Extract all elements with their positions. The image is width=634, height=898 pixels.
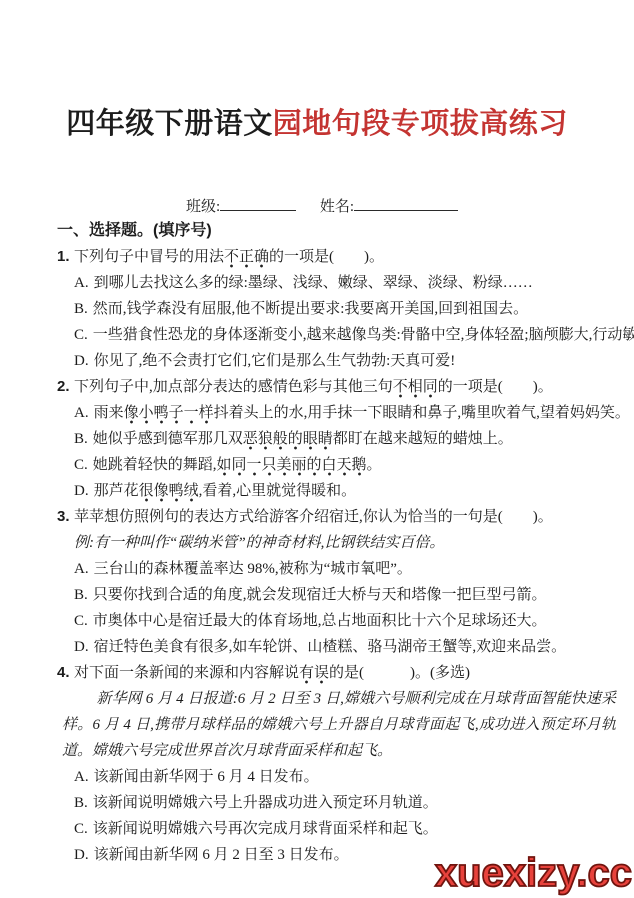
- option-text: 市奥体中心是宿迁最大的体育场地,总占地面积比十六个足球场还大。: [93, 613, 547, 629]
- page-title-black: 四年级下册语文: [66, 108, 273, 140]
- question-1-stem: 1.下列句子中冒号的用法不正确的一项是()。: [74, 244, 616, 270]
- question-1-option-b: B.然而,钱学森没有屈服,他不断提出要求:我要离开美国,回到祖国去。: [74, 296, 616, 322]
- question-3: 3.苹苹想仿照例句的表达方式给游客介绍宿迁,你认为恰当的一句是()。 例:有一种…: [57, 504, 616, 660]
- question-2: 2.下列句子中,加点部分表达的感情色彩与其他三句不相同的一项是()。 A.雨来像…: [57, 374, 616, 504]
- name-blank-line: [354, 196, 458, 211]
- option-label: B.: [74, 587, 88, 603]
- question-3-stem-text: 苹苹想仿照例句的表达方式给游客介绍宿迁,你认为恰当的一句是(: [74, 509, 503, 525]
- question-1-number: 1.: [57, 244, 74, 270]
- worksheet-body: 一、选择题。(填序号) 1.下列句子中冒号的用法不正确的一项是()。 A.到哪儿…: [57, 218, 616, 868]
- question-4-option-a: A.该新闻由新华网于 6 月 4 日发布。: [74, 764, 616, 790]
- option-emphasis: 如同一只美丽的白天鹅: [217, 457, 367, 476]
- student-info-line: 班级: 姓名:: [186, 195, 478, 216]
- option-label: C.: [74, 327, 88, 343]
- name-label: 姓名:: [320, 199, 354, 215]
- question-4-stem-text: 对下面一条新闻的来源和内容解说: [74, 665, 299, 681]
- question-3-example: 例:有一种叫作“碳纳米管”的神奇材料,比钢铁结实百倍。: [74, 530, 616, 556]
- option-label: A.: [74, 405, 89, 421]
- option-label: D.: [74, 353, 89, 369]
- question-4-option-b: B.该新闻说明嫦娥六号上升器成功进入预定环月轨道。: [74, 790, 616, 816]
- option-label: D.: [74, 847, 89, 863]
- option-text: ,看着,心里就觉得暖和。: [199, 483, 357, 499]
- option-label: D.: [74, 483, 89, 499]
- option-emphasis: 像小鸭子一样: [124, 405, 214, 424]
- option-label: A.: [74, 561, 89, 577]
- option-label: B.: [74, 301, 88, 317]
- option-text: 雨来: [94, 405, 124, 421]
- option-text: 只要你找到合适的角度,就会发现宿迁大桥与天和塔像一把巨型弓箭。: [93, 587, 547, 603]
- page-title-red: 园地句段专项拔高练习: [273, 108, 568, 140]
- option-text: 那芦花: [94, 483, 139, 499]
- option-label: C.: [74, 821, 88, 837]
- class-label: 班级:: [186, 199, 220, 215]
- worksheet-page: 四年级下册语文园地句段专项拔高练习 班级: 姓名: 一、选择题。(填序号) 1.…: [0, 0, 634, 898]
- option-text: 抖着头上的水,用手抹一下眼睛和鼻子,嘴里吹着气,望着妈妈笑。: [214, 405, 630, 421]
- question-2-option-b: B.她似乎感到德军那几双恶狼般的眼睛都盯在越来越短的蜡烛上。: [74, 426, 616, 452]
- class-field: 班级:: [186, 199, 296, 215]
- name-field: 姓名:: [320, 199, 458, 215]
- option-text: 宿迁特色美食有很多,如车轮饼、山楂糕、骆马湖帝王蟹等,欢迎来品尝。: [94, 639, 567, 655]
- question-3-number: 3.: [57, 504, 74, 530]
- option-text: 。: [367, 457, 382, 473]
- question-4-stem-text: 的是(: [329, 665, 364, 681]
- option-text: 她跳着轻快的舞蹈,: [93, 457, 217, 473]
- option-text: 你见了,绝不会责打它们,它们是那么生气勃勃:天真可爱!: [94, 353, 456, 369]
- option-text: 到哪儿去找这么多的绿:墨绿、浅绿、嫩绿、翠绿、淡绿、粉绿……: [94, 275, 533, 291]
- class-blank-line: [220, 196, 296, 211]
- question-4: 4.对下面一条新闻的来源和内容解说有误的是()。(多选) 新华网 6 月 4 日…: [57, 660, 616, 868]
- question-1-option-d: D.你见了,绝不会责打它们,它们是那么生气勃勃:天真可爱!: [74, 348, 616, 374]
- question-1-option-c: C.一些猎食性恐龙的身体逐渐变小,越来越像鸟类:骨骼中空,身体轻盈;脑颅膨大,行…: [74, 322, 616, 348]
- question-2-option-c: C.她跳着轻快的舞蹈,如同一只美丽的白天鹅。: [74, 452, 616, 478]
- question-2-stem-text: 的一项是(: [438, 379, 503, 395]
- option-label: C.: [74, 457, 88, 473]
- option-emphasis: 恶狼般的眼睛: [243, 431, 333, 450]
- page-title: 四年级下册语文园地句段专项拔高练习: [0, 101, 634, 142]
- question-3-stem: 3.苹苹想仿照例句的表达方式给游客介绍宿迁,你认为恰当的一句是()。: [74, 504, 616, 530]
- question-3-option-b: B.只要你找到合适的角度,就会发现宿迁大桥与天和塔像一把巨型弓箭。: [74, 582, 616, 608]
- question-4-stem: 4.对下面一条新闻的来源和内容解说有误的是()。(多选): [74, 660, 616, 686]
- question-3-option-d: D.宿迁特色美食有很多,如车轮饼、山楂糕、骆马湖帝王蟹等,欢迎来品尝。: [74, 634, 616, 660]
- question-3-stem-text: )。: [533, 509, 553, 525]
- option-label: B.: [74, 795, 88, 811]
- option-label: B.: [74, 431, 88, 447]
- option-label: D.: [74, 639, 89, 655]
- question-2-option-a: A.雨来像小鸭子一样抖着头上的水,用手抹一下眼睛和鼻子,嘴里吹着气,望着妈妈笑。: [74, 400, 616, 426]
- question-4-stem-text: )。(多选): [410, 665, 470, 681]
- question-1-stem-emphasis: 不正确: [224, 249, 269, 268]
- option-text: 一些猎食性恐龙的身体逐渐变小,越来越像鸟类:骨骼中空,身体轻盈;脑颅膨大,行动敏…: [93, 327, 634, 343]
- option-text: 三台山的森林覆盖率达 98%,被称为“城市氧吧”。: [94, 561, 412, 577]
- option-text: 她似乎感到德军那几双: [93, 431, 243, 447]
- question-2-option-d: D.那芦花很像鸭绒,看着,心里就觉得暖和。: [74, 478, 616, 504]
- question-4-option-c: C.该新闻说明嫦娥六号再次完成月球背面采样和起飞。: [74, 816, 616, 842]
- question-2-stem: 2.下列句子中,加点部分表达的感情色彩与其他三句不相同的一项是()。: [74, 374, 616, 400]
- question-1-stem-text: 下列句子中冒号的用法: [74, 249, 224, 265]
- question-4-number: 4.: [57, 660, 74, 686]
- question-2-number: 2.: [57, 374, 74, 400]
- section-heading: 一、选择题。(填序号): [57, 218, 616, 244]
- question-3-option-a: A.三台山的森林覆盖率达 98%,被称为“城市氧吧”。: [74, 556, 616, 582]
- question-1-stem-text: 的一项是(: [269, 249, 334, 265]
- question-1-option-a: A.到哪儿去找这么多的绿:墨绿、浅绿、嫩绿、翠绿、淡绿、粉绿……: [74, 270, 616, 296]
- watermark: xuexizy.cc: [435, 851, 632, 896]
- option-label: A.: [74, 769, 89, 785]
- question-1-stem-text: )。: [364, 249, 384, 265]
- option-emphasis: 很像鸭绒: [139, 483, 199, 502]
- option-text: 该新闻说明嫦娥六号上升器成功进入预定环月轨道。: [93, 795, 438, 811]
- option-label: C.: [74, 613, 88, 629]
- option-text: 都盯在越来越短的蜡烛上。: [333, 431, 513, 447]
- option-text: 然而,钱学森没有屈服,他不断提出要求:我要离开美国,回到祖国去。: [93, 301, 528, 317]
- option-text: 该新闻由新华网 6 月 2 日至 3 日发布。: [94, 847, 349, 863]
- question-2-stem-text: 下列句子中,加点部分表达的感情色彩与其他三句: [74, 379, 393, 395]
- option-text: 该新闻说明嫦娥六号再次完成月球背面采样和起飞。: [93, 821, 438, 837]
- question-2-stem-emphasis: 不相同: [393, 379, 438, 398]
- option-label: A.: [74, 275, 89, 291]
- question-1: 1.下列句子中冒号的用法不正确的一项是()。 A.到哪儿去找这么多的绿:墨绿、浅…: [57, 244, 616, 374]
- question-4-news-passage: 新华网 6 月 4 日报道:6 月 2 日至 3 日,嫦娥六号顺利完成在月球背面…: [62, 686, 616, 764]
- option-text: 该新闻由新华网于 6 月 4 日发布。: [94, 769, 319, 785]
- question-3-option-c: C.市奥体中心是宿迁最大的体育场地,总占地面积比十六个足球场还大。: [74, 608, 616, 634]
- question-4-stem-emphasis: 有误: [299, 665, 329, 684]
- question-2-stem-text: )。: [533, 379, 553, 395]
